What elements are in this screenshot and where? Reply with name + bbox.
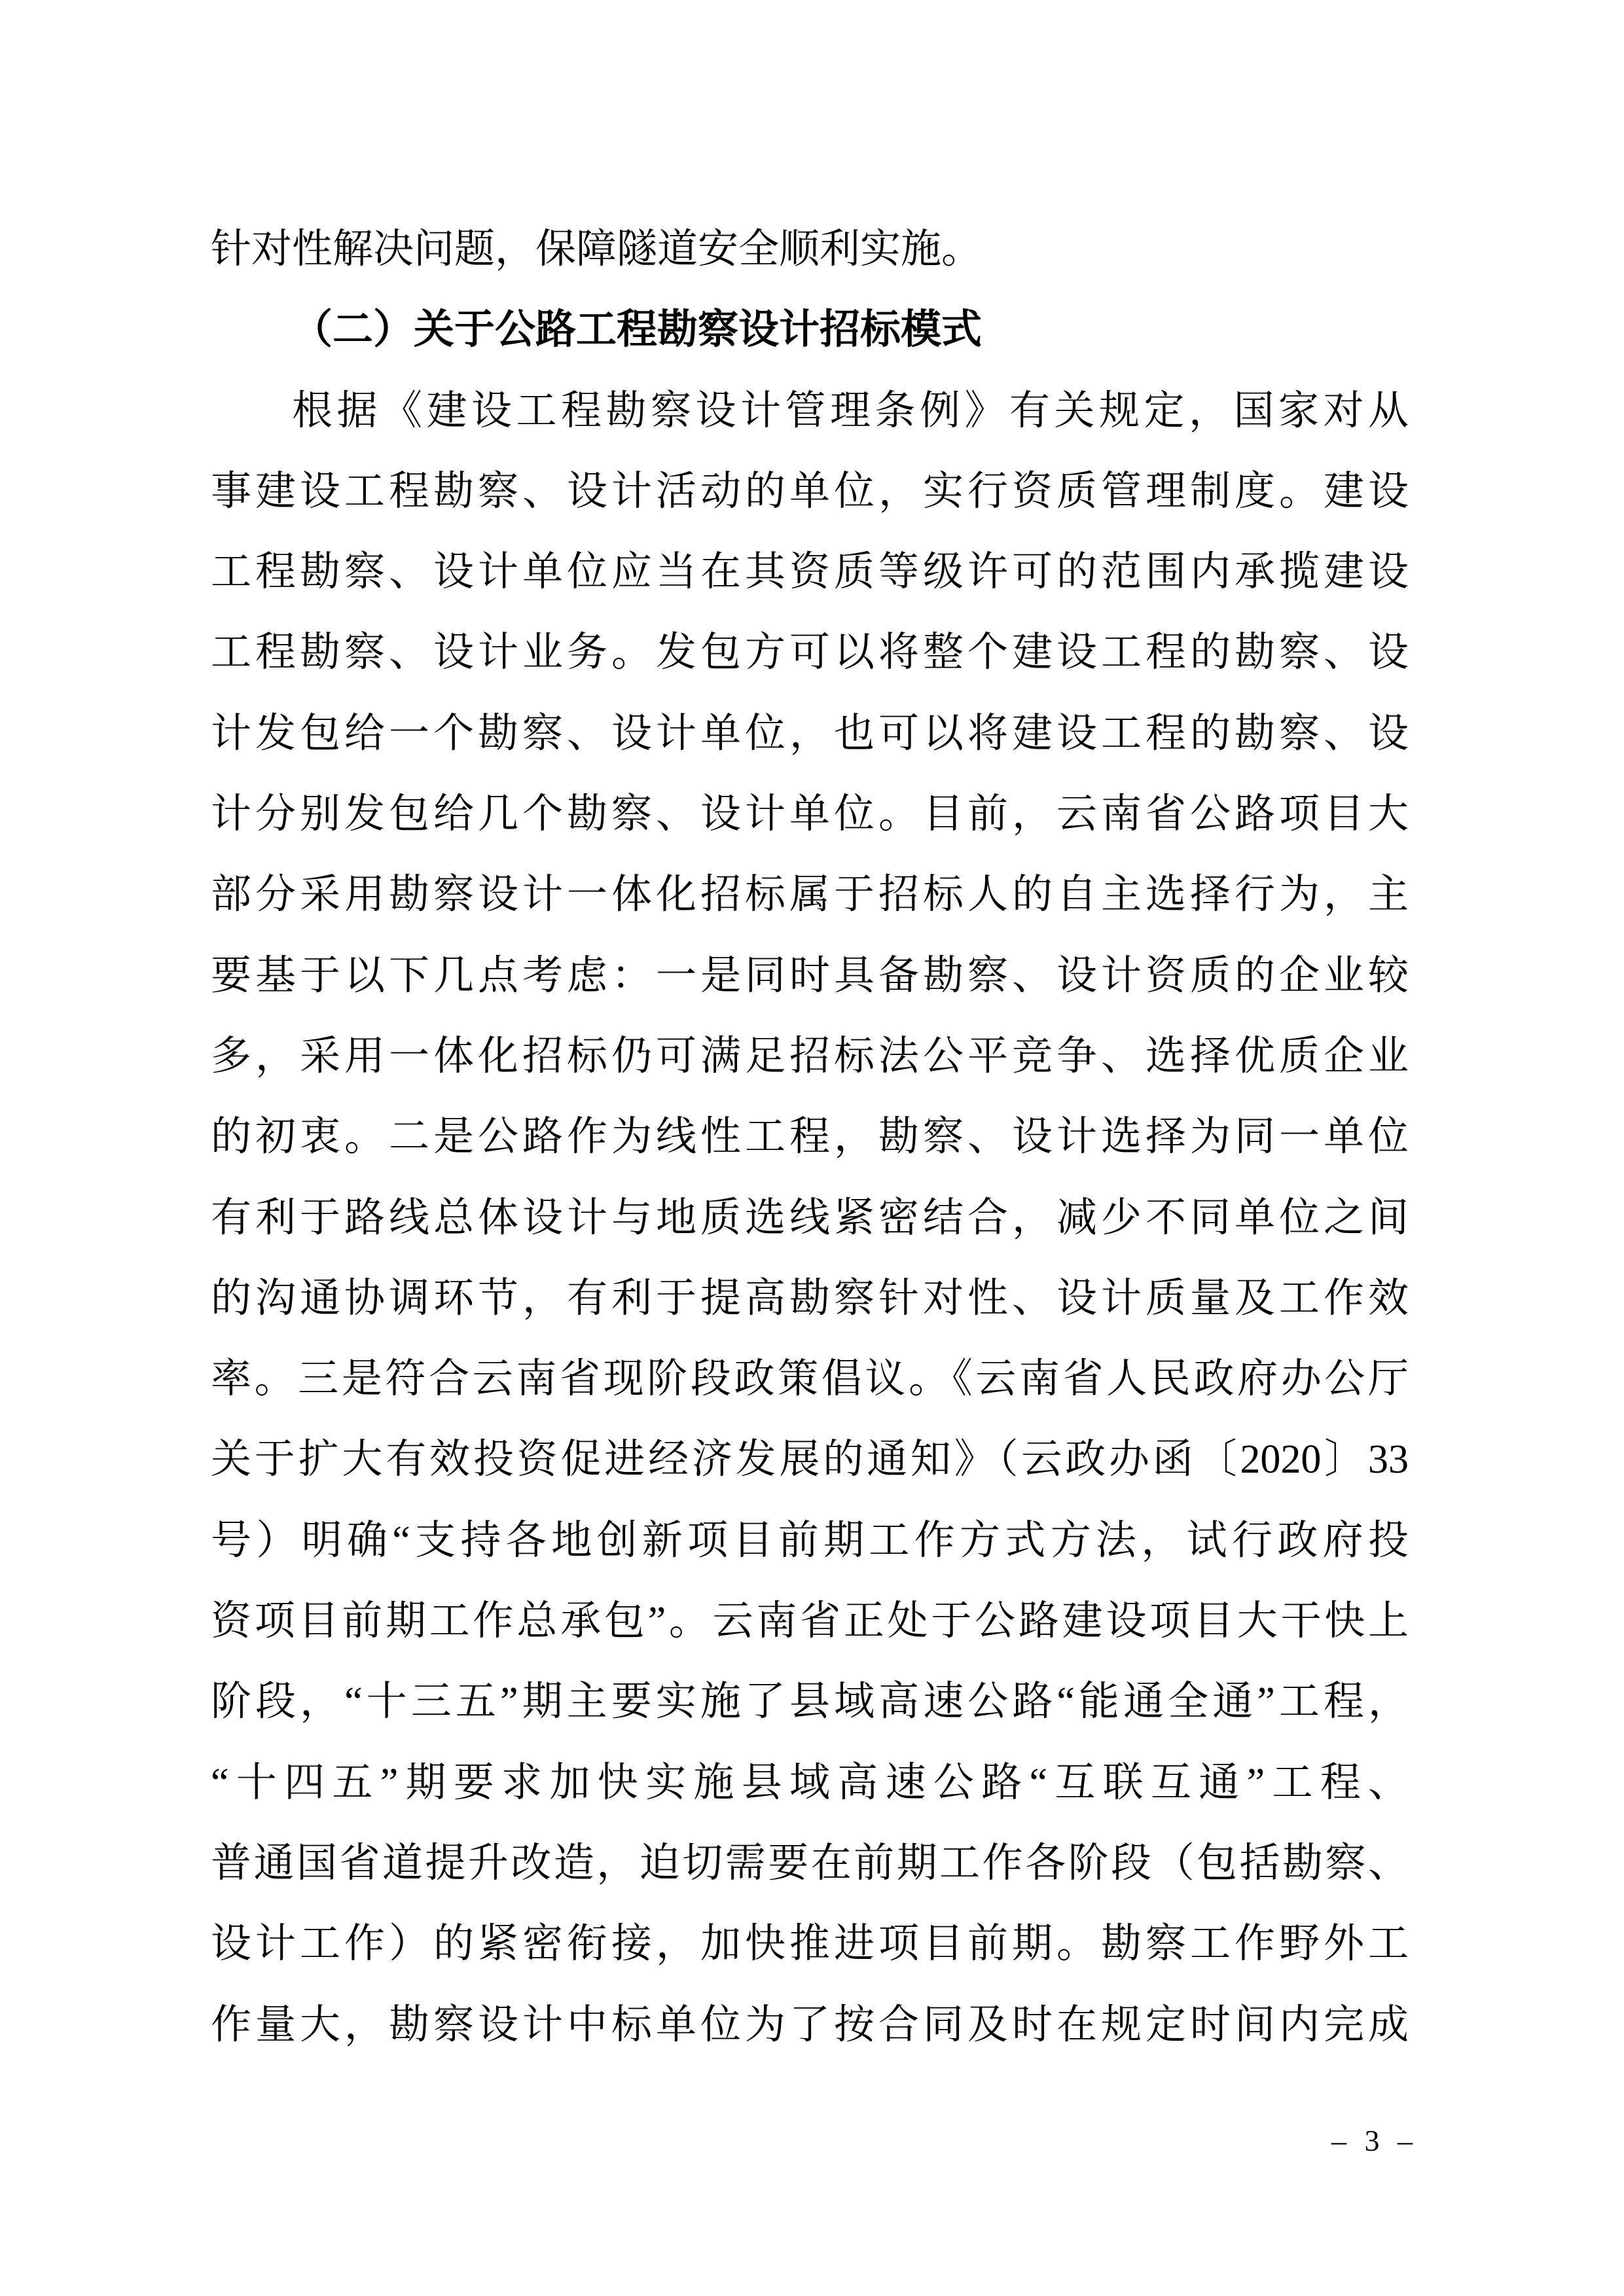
text-line: 设计工作）的紧密衔接，加快推进项目前期。勘察工作野外工 bbox=[211, 1904, 1409, 1984]
text-line: 的沟通协调环节，有利于提高勘察针对性、设计质量及工作效 bbox=[211, 1259, 1409, 1339]
text-line: 阶段，“十三五”期主要实施了县域高速公路“能通全通”工程， bbox=[211, 1662, 1409, 1742]
page-number: – 3 – bbox=[1309, 2123, 1440, 2158]
text-line: 计发包给一个勘察、设计单位，也可以将建设工程的勘察、设 bbox=[211, 694, 1409, 774]
text-line: 工程勘察、设计业务。发包方可以将整个建设工程的勘察、设 bbox=[211, 613, 1409, 693]
paragraph-end-line: 针对性解决问题，保障隧道安全顺利实施。 bbox=[211, 209, 1409, 290]
text-line: 号）明确“支持各地创新项目前期工作方式方法，试行政府投 bbox=[211, 1501, 1409, 1581]
text-line: 部分采用勘察设计一体化招标属于招标人的自主选择行为，主 bbox=[211, 855, 1409, 935]
text-line: “十四五”期要求加快实施县域高速公路“互联互通”工程、 bbox=[211, 1743, 1409, 1823]
section-heading: （二）关于公路工程勘察设计招标模式 bbox=[211, 290, 1409, 370]
text-line: 率。三是符合云南省现阶段政策倡议。《云南省人民政府办公厅 bbox=[211, 1339, 1409, 1420]
text-line: 有利于路线总体设计与地质选线紧密结合，减少不同单位之间 bbox=[211, 1178, 1409, 1259]
text-line: 要基于以下几点考虑：一是同时具备勘察、设计资质的企业较 bbox=[211, 936, 1409, 1016]
document-body: 针对性解决问题，保障隧道安全顺利实施。 （二）关于公路工程勘察设计招标模式 根据… bbox=[0, 0, 1624, 2066]
document-page: 针对性解决问题，保障隧道安全顺利实施。 （二）关于公路工程勘察设计招标模式 根据… bbox=[0, 0, 1624, 2296]
text-line: 资项目前期工作总承包”。云南省正处于公路建设项目大干快上 bbox=[211, 1581, 1409, 1662]
text-line: 关于扩大有效投资促进经济发展的通知》（云政办函〔2020〕33 bbox=[211, 1420, 1409, 1500]
text-line: 工程勘察、设计单位应当在其资质等级许可的范围内承揽建设 bbox=[211, 532, 1409, 613]
text-line: 的初衷。二是公路作为线性工程，勘察、设计选择为同一单位 bbox=[211, 1097, 1409, 1177]
text-line: 计分别发包给几个勘察、设计单位。目前，云南省公路项目大 bbox=[211, 774, 1409, 855]
text-line: 作量大，勘察设计中标单位为了按合同及时在规定时间内完成 bbox=[211, 1985, 1409, 2066]
text-line: 事建设工程勘察、设计活动的单位，实行资质管理制度。建设 bbox=[211, 452, 1409, 532]
text-line: 普通国省道提升改造，迫切需要在前期工作各阶段（包括勘察、 bbox=[211, 1823, 1409, 1904]
text-line: 多，采用一体化招标仍可满足招标法公平竞争、选择优质企业 bbox=[211, 1016, 1409, 1097]
text-line: 根据《建设工程勘察设计管理条例》有关规定，国家对从 bbox=[211, 371, 1409, 452]
